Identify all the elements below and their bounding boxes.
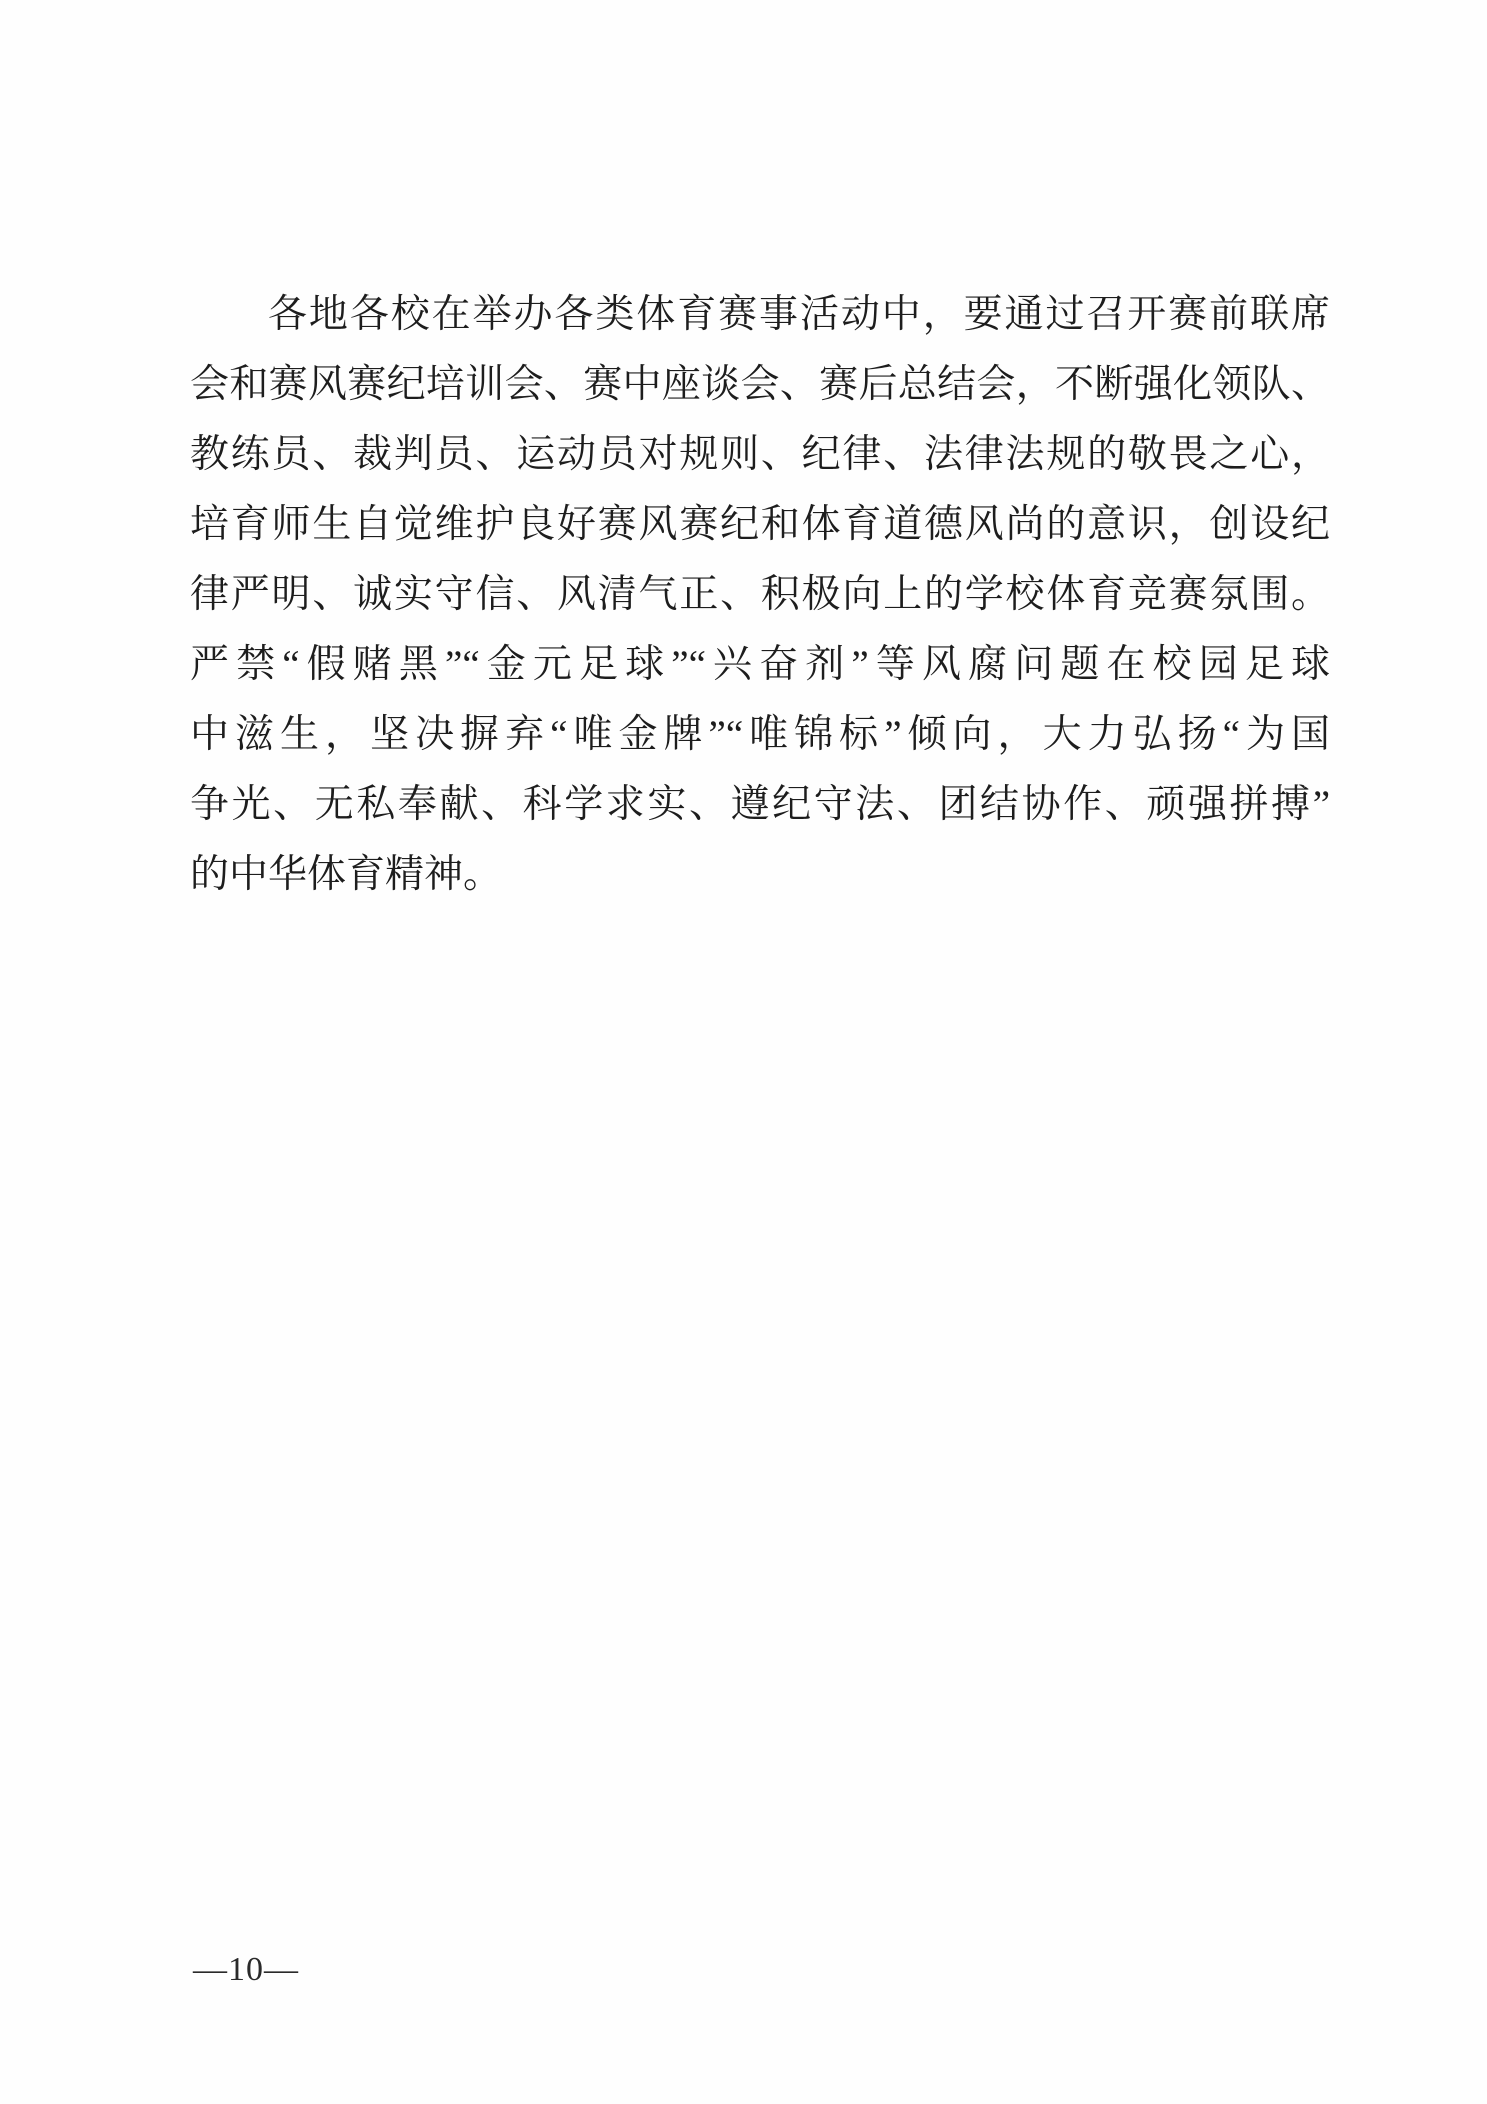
page-number: —10— xyxy=(193,1948,299,1992)
paragraph-line: 的中华体育精神。 xyxy=(190,840,1330,910)
paragraph-line: 教练员、裁判员、运动员对规则、纪律、法律法规的敬畏之心， xyxy=(190,420,1330,490)
paragraph-line: 律严明、诚实守信、风清气正、积极向上的学校体育竞赛氛围。 xyxy=(190,560,1330,630)
paragraph-line: 中滋生，坚决摒弃“唯金牌”“唯锦标”倾向，大力弘扬“为国 xyxy=(190,700,1330,770)
paragraph-line: 争光、无私奉献、科学求实、遵纪守法、团结协作、顽强拼搏” xyxy=(190,770,1330,840)
paragraph-line: 培育师生自觉维护良好赛风赛纪和体育道德风尚的意识，创设纪 xyxy=(190,490,1330,560)
paragraph-line: 会和赛风赛纪培训会、赛中座谈会、赛后总结会，不断强化领队、 xyxy=(190,350,1330,420)
paragraph-line: 严禁“假赌黑”“金元足球”“兴奋剂”等风腐问题在校园足球 xyxy=(190,630,1330,700)
body-paragraph: 各地各校在举办各类体育赛事活动中，要通过召开赛前联席 会和赛风赛纪培训会、赛中座… xyxy=(190,280,1330,910)
document-page: 各地各校在举办各类体育赛事活动中，要通过召开赛前联席 会和赛风赛纪培训会、赛中座… xyxy=(0,0,1487,2104)
paragraph-line: 各地各校在举办各类体育赛事活动中，要通过召开赛前联席 xyxy=(190,280,1330,350)
